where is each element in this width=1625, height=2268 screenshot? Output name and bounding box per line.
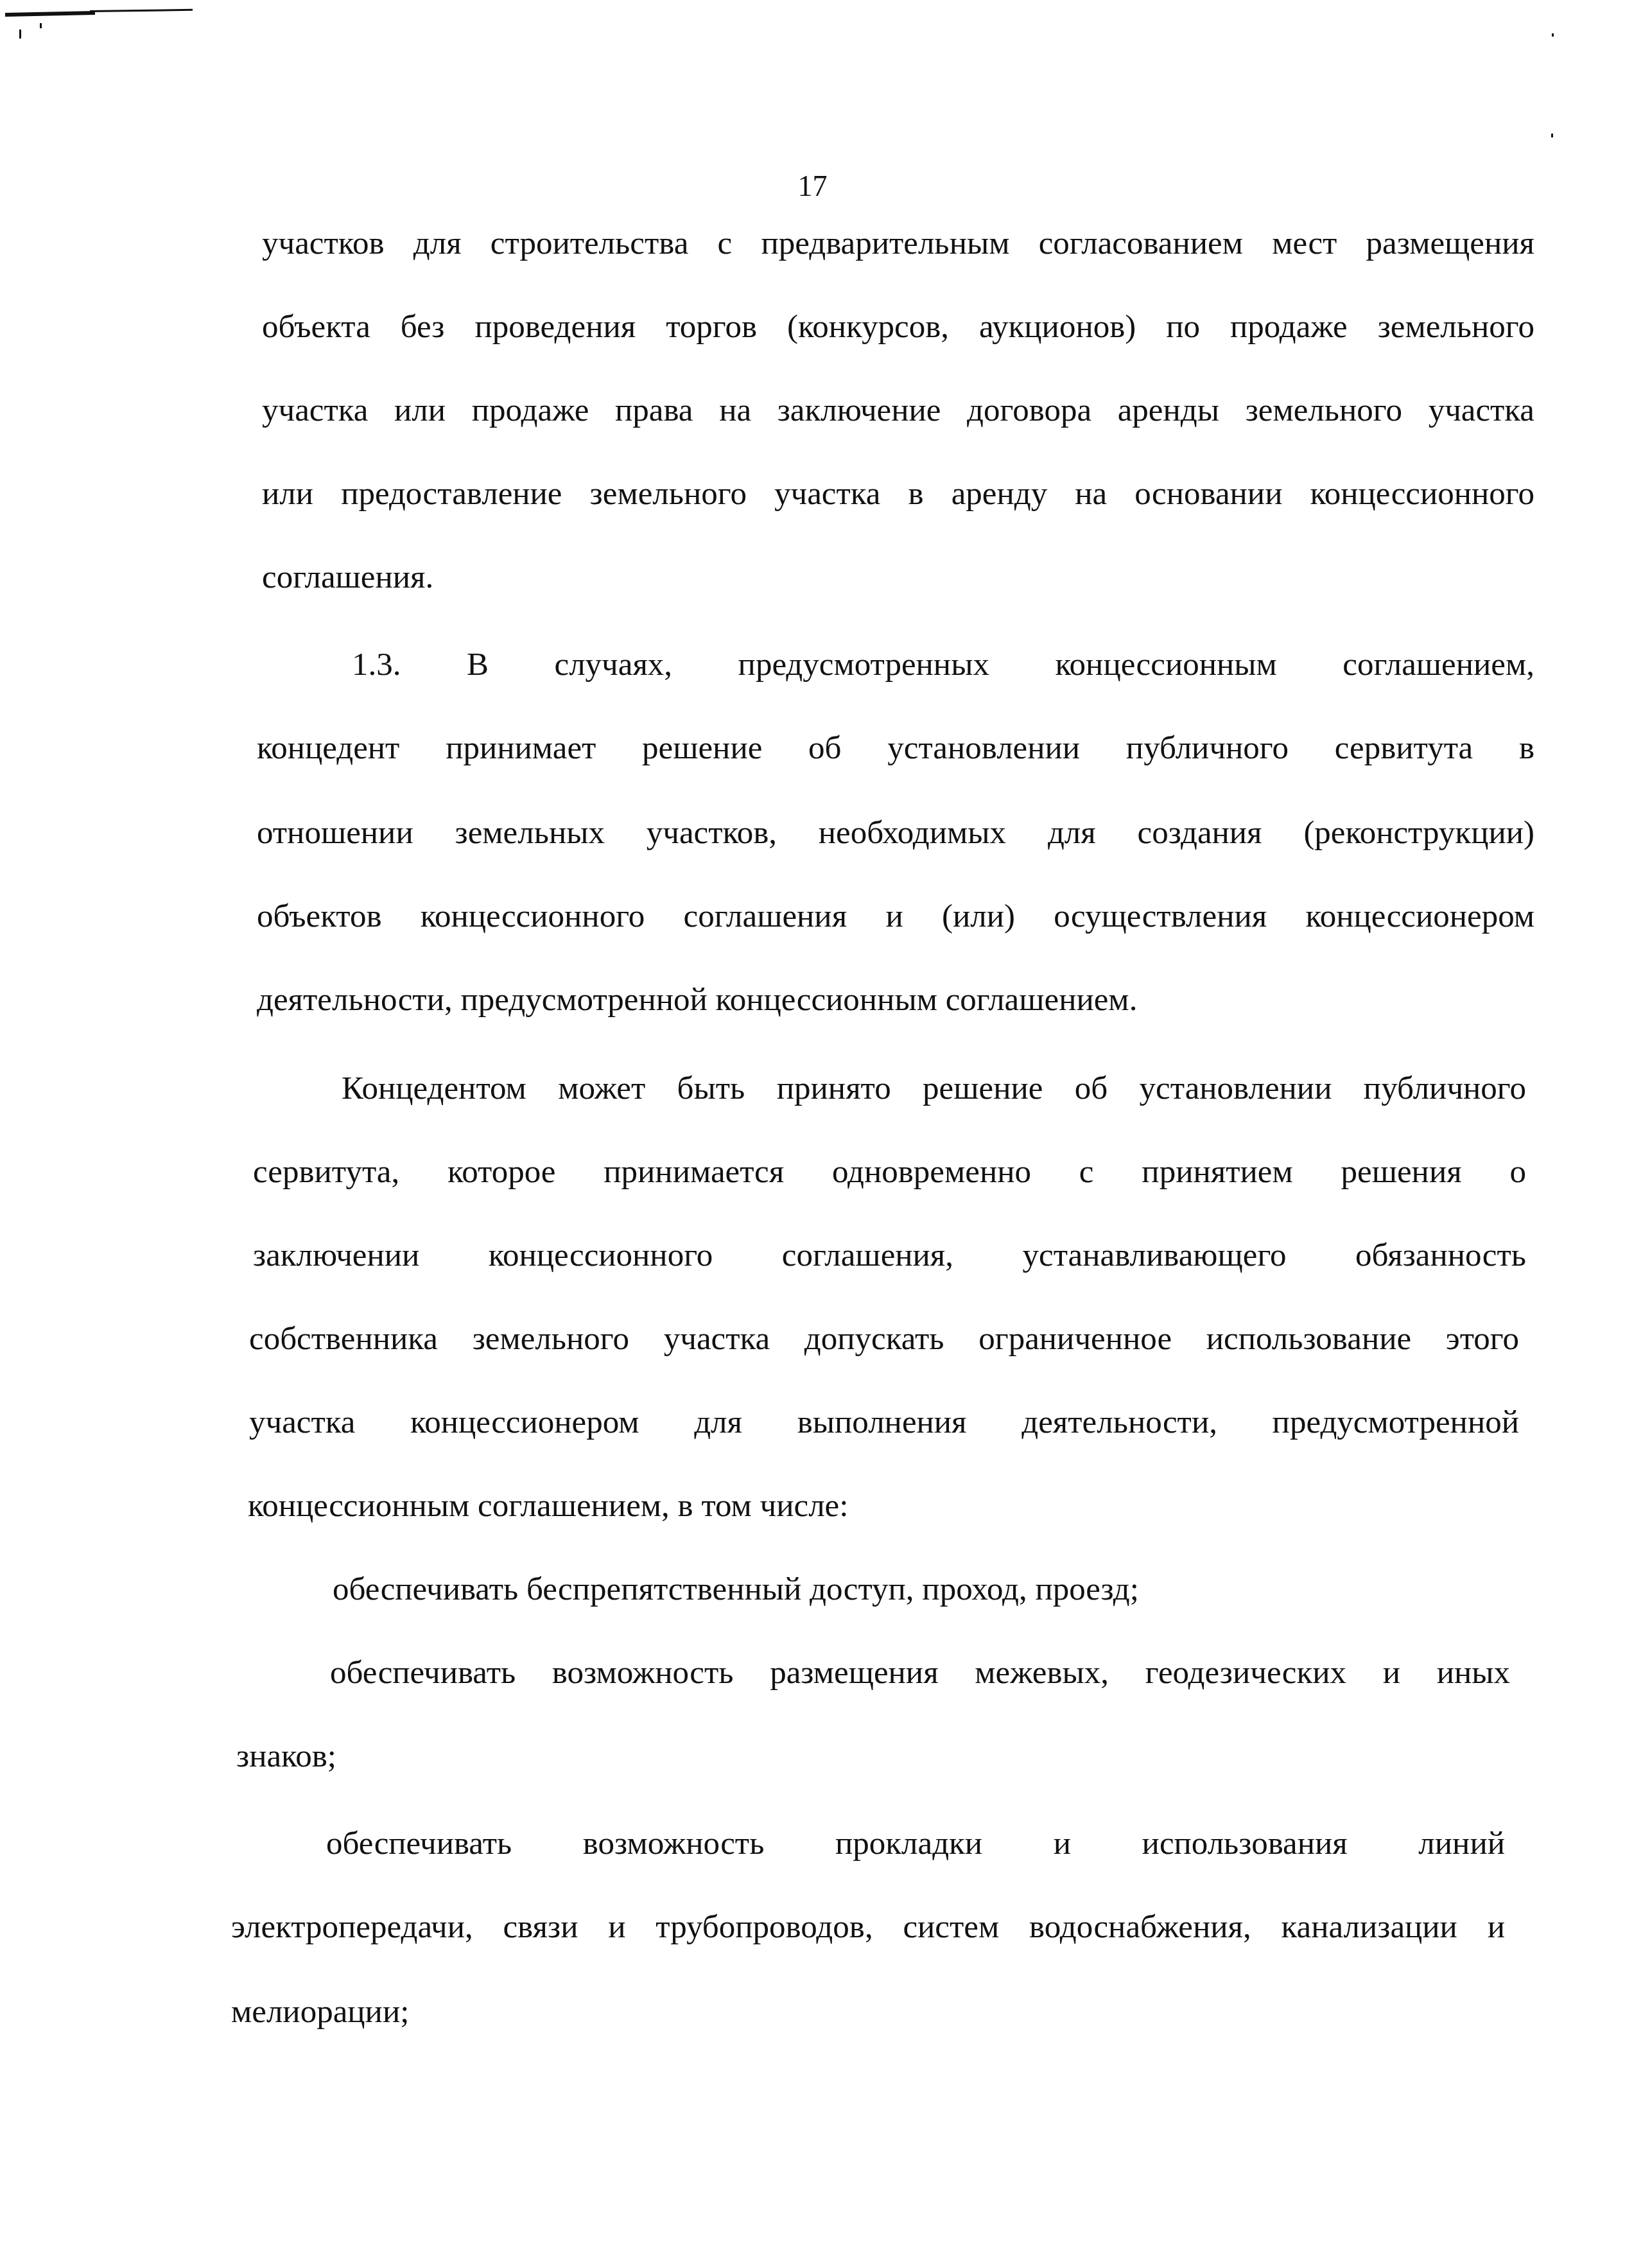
text-line: участка или продаже права на заключение … [262, 388, 1534, 433]
scan-artifact-dot [19, 30, 21, 39]
text-line: обеспечивать возможность прокладки и исп… [326, 1821, 1505, 1866]
text-line: обеспечивать беспрепятственный доступ, п… [333, 1567, 1139, 1612]
text-line: заключении концессионного соглашения, ус… [253, 1233, 1526, 1278]
text-line: участка концессионером для выполнения де… [249, 1400, 1519, 1445]
scan-artifact-dot [40, 23, 42, 28]
page-number: 17 [0, 168, 1625, 204]
text-line: 1.3. В случаях, предусмотренных концесси… [352, 642, 1534, 687]
text-line: обеспечивать возможность размещения меже… [330, 1650, 1510, 1695]
scan-artifact-dot [1551, 134, 1553, 137]
text-line: Концедентом может быть принято решение о… [342, 1066, 1526, 1111]
text-line: деятельности, предусмотренной концессион… [257, 977, 1137, 1022]
text-line: знаков; [236, 1734, 336, 1779]
text-line: сервитута, которое принимается одновреме… [253, 1149, 1526, 1194]
scan-artifact-line [5, 11, 95, 17]
text-line: объекта без проведения торгов (конкурсов… [262, 304, 1534, 349]
text-line: отношении земельных участков, необходимы… [257, 810, 1534, 855]
text-line: электропередачи, связи и трубопроводов, … [231, 1905, 1505, 1950]
text-line: соглашения. [262, 555, 433, 600]
text-line: собственника земельного участка допускат… [249, 1316, 1519, 1361]
text-line: объектов концессионного соглашения и (ил… [257, 894, 1534, 939]
text-line: концессионным соглашением, в том числе: [248, 1483, 848, 1528]
text-line: концедент принимает решение об установле… [257, 726, 1534, 771]
text-line: участков для строительства с предварител… [262, 221, 1534, 266]
scan-artifact-dot [1552, 33, 1554, 37]
text-line: мелиорации; [231, 1989, 409, 2034]
scan-artifact-line [90, 9, 193, 12]
text-line: или предоставление земельного участка в … [262, 471, 1534, 516]
